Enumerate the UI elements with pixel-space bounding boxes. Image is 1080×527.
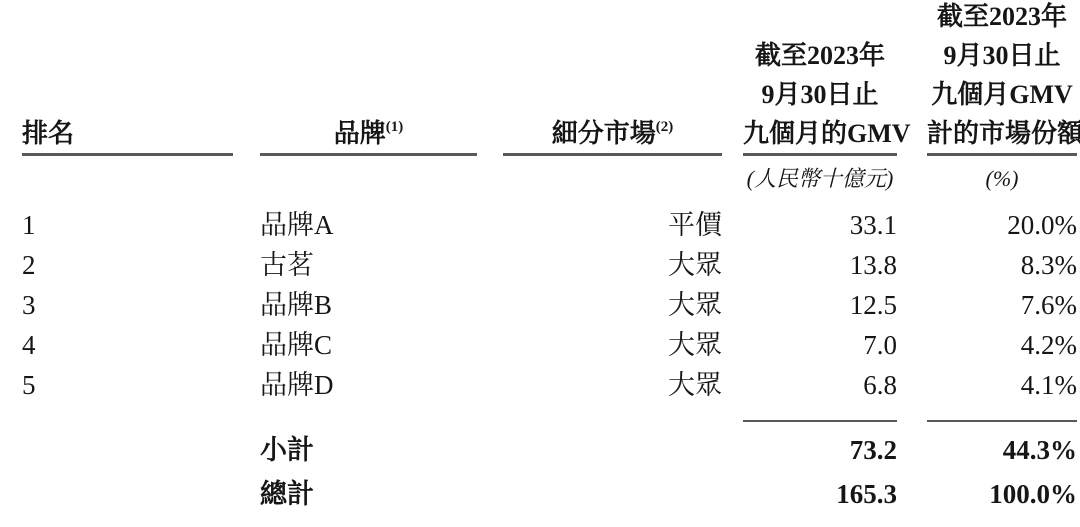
share-value: 4.2% xyxy=(927,325,1077,365)
brand-value: 品牌A xyxy=(260,205,477,245)
column-header-brand: 品牌(1) xyxy=(260,0,477,156)
rank-value: 2 xyxy=(22,245,233,285)
segment-value: 大眾 xyxy=(503,325,722,365)
brand-value: 品牌B xyxy=(260,285,477,325)
share-header-line-4: 計的市場份額 xyxy=(927,114,1077,153)
total-row: 總計 165.3 100.0% xyxy=(22,472,1080,516)
segment-value: 大眾 xyxy=(503,365,722,420)
brand-value: 古茗 xyxy=(260,245,477,285)
gmv-unit-label: (人民幣十億元) xyxy=(743,156,897,203)
brand-header-label: 品牌 xyxy=(334,119,386,148)
footnote-marker-2: (2) xyxy=(656,119,674,135)
units-row: (人民幣十億元) (%) xyxy=(22,156,1080,203)
rank-header-label: 排名 xyxy=(22,119,74,148)
gmv-header-line-2: 9月30日止 xyxy=(743,75,897,114)
column-header-rank: 排名 xyxy=(22,0,233,156)
share-value: 8.3% xyxy=(927,245,1077,285)
gmv-value: 12.5 xyxy=(743,285,897,325)
table-body: 1 品牌A 平價 33.1 20.0% 2 古茗 大眾 13.8 8.3% 3 … xyxy=(0,205,1080,516)
rank-value: 5 xyxy=(22,365,233,420)
table-row-2: 2 古茗 大眾 13.8 8.3% xyxy=(22,245,1080,285)
segment-value: 平價 xyxy=(503,205,722,245)
table-row-3: 3 品牌B 大眾 12.5 7.6% xyxy=(22,285,1080,325)
share-header-line-2: 9月30日止 xyxy=(927,36,1077,75)
total-gmv-value: 165.3 xyxy=(743,472,897,516)
share-unit-label: (%) xyxy=(927,156,1077,203)
column-header-gmv: 截至2023年 9月30日止 九個月的GMV xyxy=(743,0,897,156)
share-header-line-1: 截至2023年 xyxy=(927,0,1077,36)
segment-header-label: 細分市場 xyxy=(552,119,656,148)
table-header-row: 排名 品牌(1) 細分市場(2) 截至2023年 9月30日止 九個月的GMV … xyxy=(22,0,1080,156)
subtotal-label: 小計 xyxy=(260,428,477,472)
rank-value: 4 xyxy=(22,325,233,365)
gmv-value: 33.1 xyxy=(743,205,897,245)
gmv-value: 6.8 xyxy=(743,365,897,422)
brand-value: 品牌D xyxy=(260,365,477,420)
rank-value: 1 xyxy=(22,205,233,245)
footnote-marker-1: (1) xyxy=(386,119,404,135)
gmv-header-line-1: 截至2023年 xyxy=(743,36,897,75)
rank-value: 3 xyxy=(22,285,233,325)
total-share-value: 100.0% xyxy=(927,472,1077,516)
table-row-1: 1 品牌A 平價 33.1 20.0% xyxy=(22,205,1080,245)
segment-value: 大眾 xyxy=(503,245,722,285)
table-row-4: 4 品牌C 大眾 7.0 4.2% xyxy=(22,325,1080,365)
share-value: 20.0% xyxy=(927,205,1077,245)
column-header-market-share: 截至2023年 9月30日止 九個月GMV 計的市場份額 xyxy=(927,0,1077,156)
subtotal-gmv-value: 73.2 xyxy=(743,428,897,472)
subtotal-share-value: 44.3% xyxy=(927,428,1077,472)
brand-gmv-ranking-table: 排名 品牌(1) 細分市場(2) 截至2023年 9月30日止 九個月的GMV … xyxy=(0,0,1080,527)
table-row-5: 5 品牌D 大眾 6.8 4.1% xyxy=(22,365,1080,422)
subtotal-row: 小計 73.2 44.3% xyxy=(22,428,1080,472)
share-header-line-3: 九個月GMV xyxy=(927,75,1077,114)
gmv-value: 7.0 xyxy=(743,325,897,365)
total-label: 總計 xyxy=(260,472,477,516)
brand-value: 品牌C xyxy=(260,325,477,365)
gmv-value: 13.8 xyxy=(743,245,897,285)
share-value: 4.1% xyxy=(927,365,1077,422)
column-header-segment: 細分市場(2) xyxy=(503,0,722,156)
share-value: 7.6% xyxy=(927,285,1077,325)
gmv-header-line-3: 九個月的GMV xyxy=(743,114,897,153)
segment-value: 大眾 xyxy=(503,285,722,325)
